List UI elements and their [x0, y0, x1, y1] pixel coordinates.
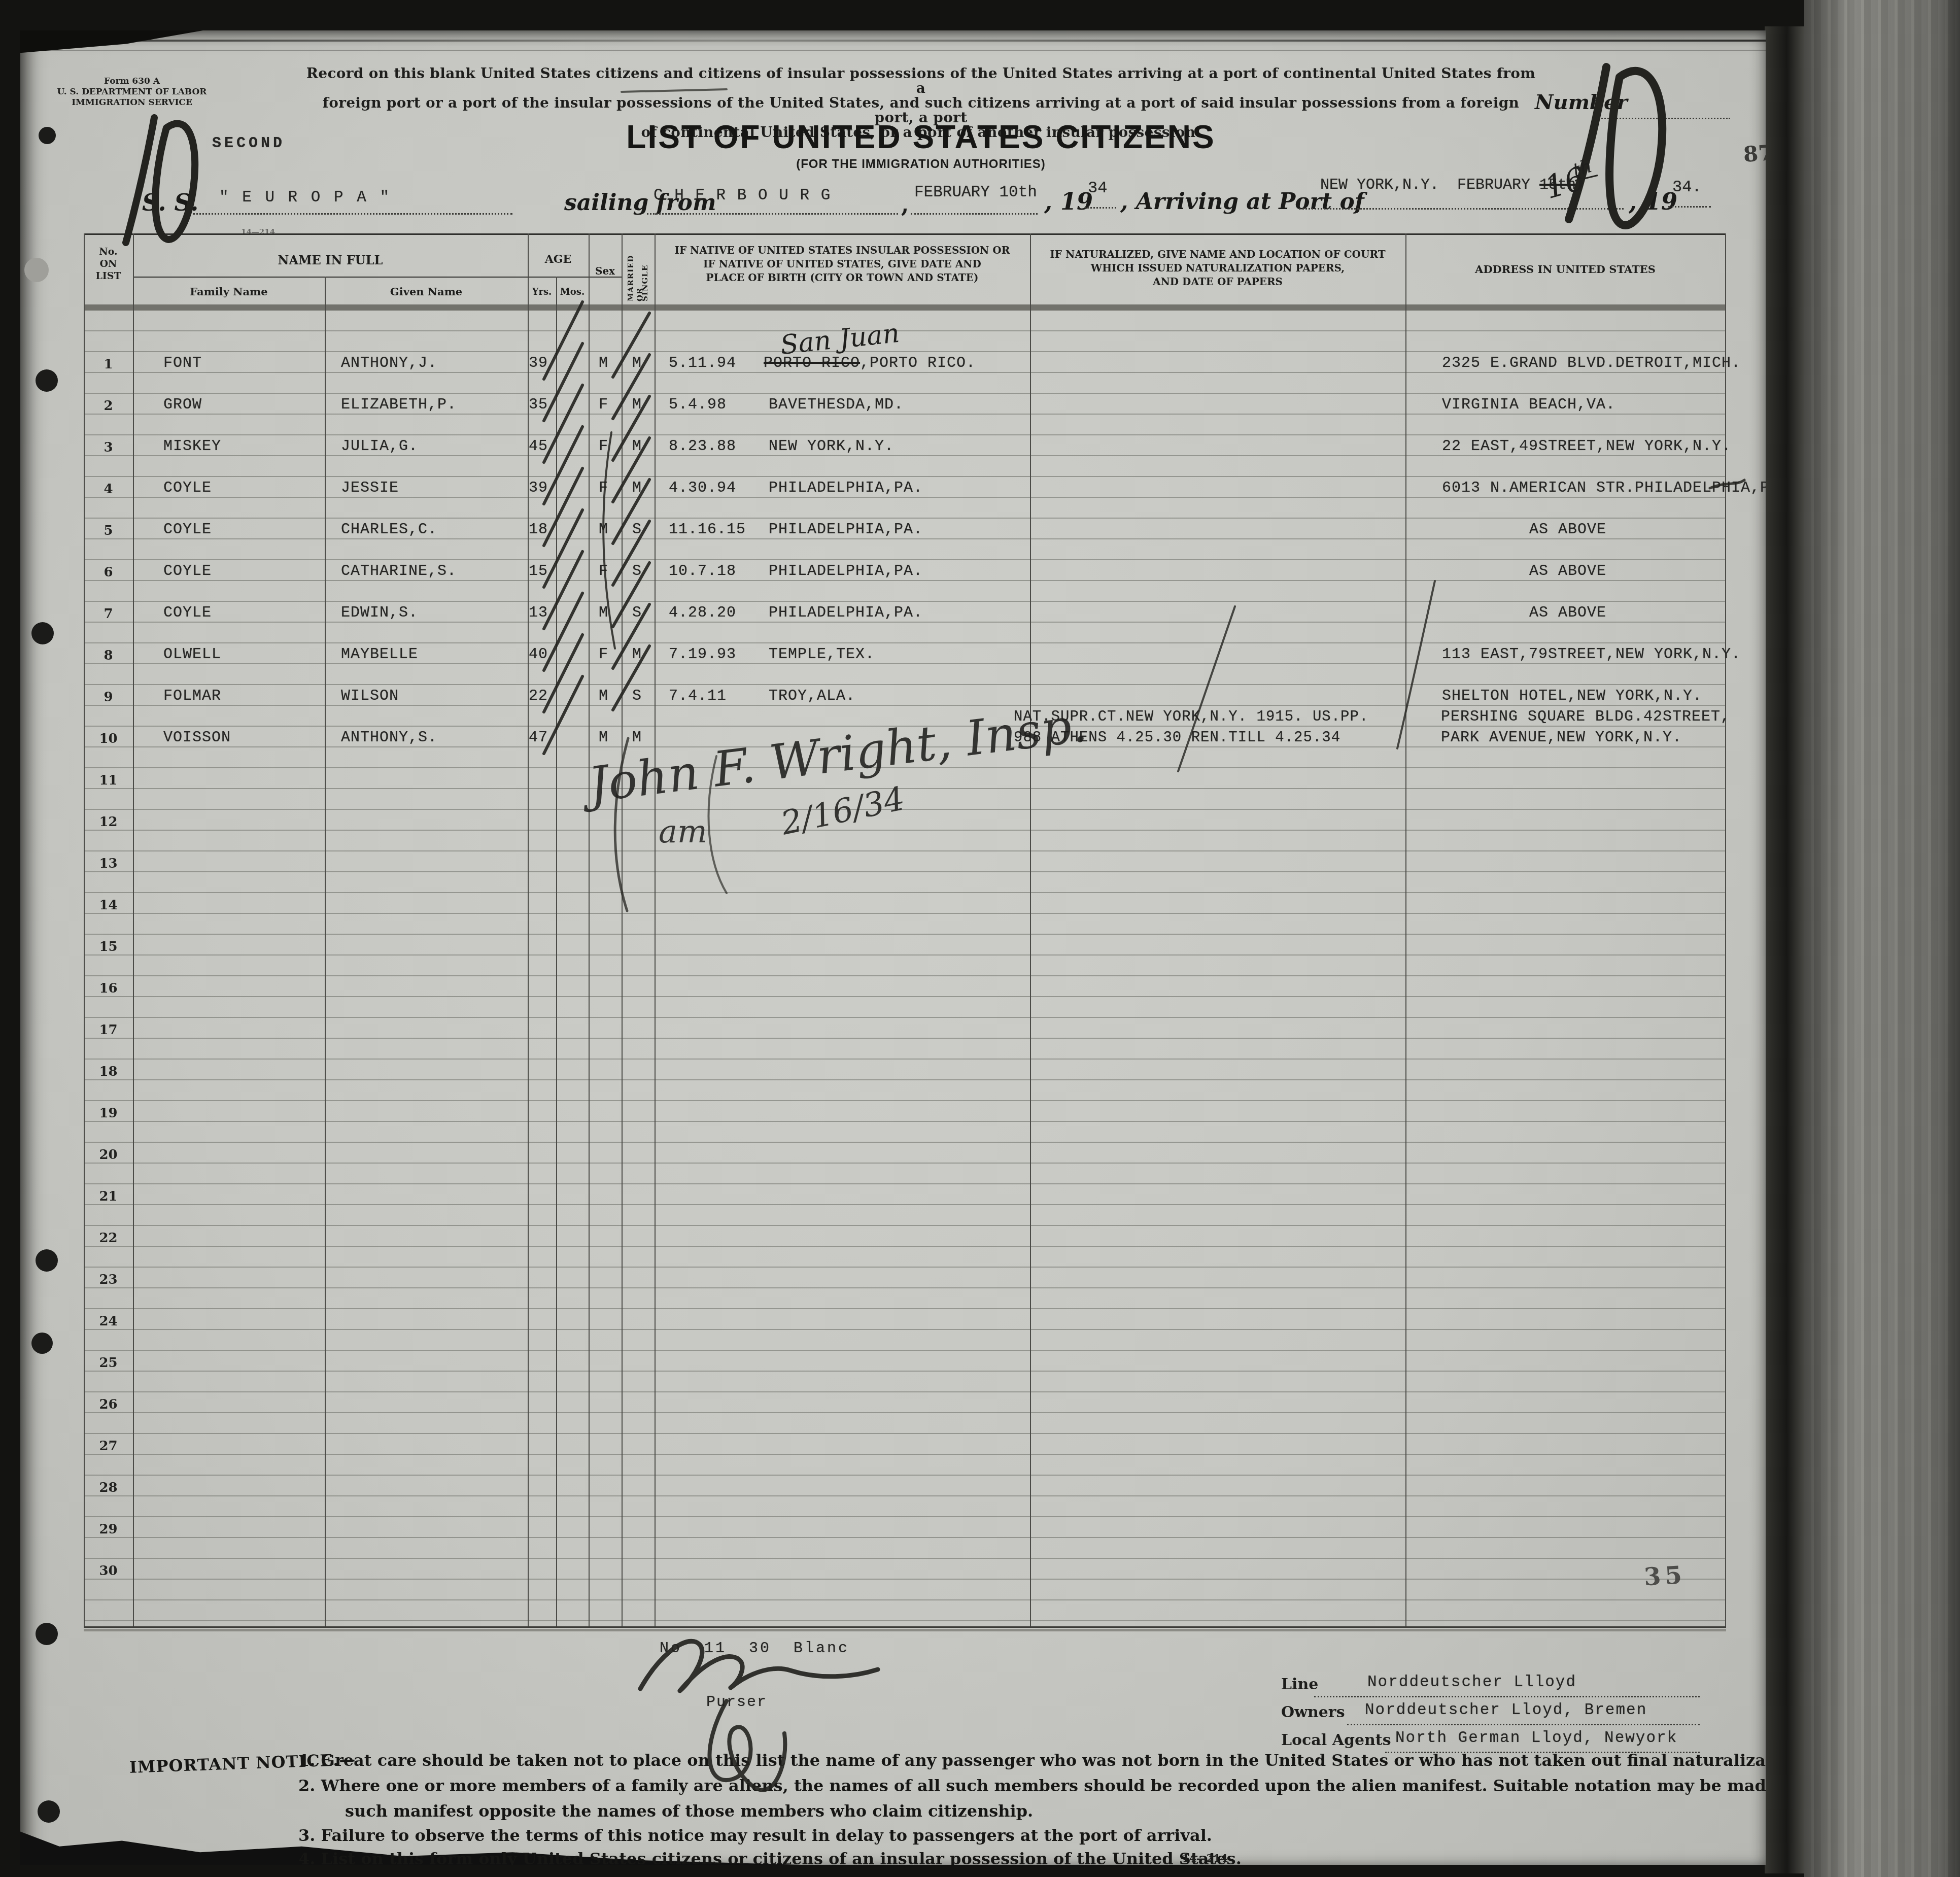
owners-label: Owners: [1281, 1703, 1345, 1721]
col-header-line: IF NATIVE OF UNITED STATES INSULAR POSSE…: [655, 244, 1030, 257]
col-header-line: AND DATE OF PAPERS: [1030, 275, 1405, 289]
address: AS ABOVE: [1405, 604, 1730, 622]
row-number: 12: [84, 814, 133, 830]
col-header-address: ADDRESS IN UNITED STATES: [1405, 263, 1725, 276]
row-number: 4: [84, 482, 133, 497]
notice-item-1: 1. Great care should be taken not to pla…: [298, 1751, 1766, 1770]
family-name: MISKEY: [163, 438, 221, 455]
age-years: 39: [529, 355, 548, 372]
address: 113 EAST,79STREET,NEW YORK,N.Y.: [1442, 646, 1741, 663]
age-years: 18: [529, 521, 548, 538]
age-years: 15: [529, 563, 548, 580]
arrival-year-19-printed: , 19: [1629, 188, 1677, 215]
col-header-single: SINGLE: [640, 240, 649, 301]
printed-comma: ,: [901, 192, 909, 218]
marital-status: M: [632, 646, 642, 663]
col-divider: [622, 233, 623, 1626]
row-number: 7: [84, 606, 133, 622]
birth-place: PHILADELPHIA,PA.: [769, 480, 923, 497]
row-number: 21: [84, 1189, 133, 1204]
purser-label: Purser: [706, 1694, 767, 1711]
col-header-yrs: Yrs.: [528, 287, 556, 297]
row-number: 30: [84, 1563, 133, 1579]
col-header-sex: Sex: [589, 265, 622, 277]
birth-date: 5.11.94: [669, 355, 736, 372]
given-name: EDWIN,S.: [341, 604, 418, 622]
marital-status: M: [632, 480, 642, 497]
given-name: JULIA,G.: [341, 438, 418, 455]
departure-year-blank: [1085, 207, 1116, 209]
age-years: 39: [529, 480, 548, 497]
row-number: 13: [84, 856, 133, 871]
given-name: WILSON: [341, 688, 399, 705]
col-header-age: AGE: [528, 253, 589, 266]
row-number: 16: [84, 981, 133, 996]
book-gutter-shadow: [1765, 26, 1805, 1873]
col-header-line: WHICH ISSUED NATURALIZATION PAPERS,: [1030, 261, 1405, 275]
col-header-no: No. ON LIST: [84, 246, 133, 282]
agents-label: Local Agents: [1281, 1731, 1391, 1749]
sex: F: [599, 563, 608, 580]
agents-value: North German Lloyd, Newyork: [1395, 1729, 1677, 1747]
marital-status: S: [632, 521, 642, 538]
line-value: Norddeutscher Llloyd: [1367, 1674, 1576, 1691]
col-header-line: LIST: [84, 270, 133, 282]
line-label: Line: [1281, 1676, 1318, 1693]
ss-label: S. S.: [142, 189, 198, 216]
row-number: 17: [84, 1022, 133, 1038]
birth-place: PHILADELPHIA,PA.: [769, 521, 923, 538]
col-divider: [325, 277, 326, 1626]
departure-year: 34: [1088, 179, 1107, 197]
edge-shading: [1804, 0, 1960, 1877]
family-name: VOISSON: [163, 729, 231, 746]
row-number: 10: [84, 731, 133, 746]
row-number: 26: [84, 1397, 133, 1412]
class-annotation: SECOND: [212, 135, 285, 152]
number-blank-line: [1596, 118, 1730, 119]
scan-smear: [20, 40, 1766, 42]
birth-date: 11.16.15: [669, 521, 746, 538]
birth-place: PHILADELPHIA,PA.: [769, 604, 923, 622]
given-name: CATHARINE,S.: [341, 563, 457, 580]
address: AS ABOVE: [1405, 563, 1730, 580]
marital-status: S: [632, 563, 642, 580]
row-number: 19: [84, 1106, 133, 1121]
birth-place-text: ,PORTO RICO.: [860, 355, 976, 372]
notice-item-2: 2. Where one or more members of a family…: [298, 1776, 1766, 1795]
row-number: 18: [84, 1064, 133, 1079]
given-name: ANTHONY,J.: [341, 355, 437, 372]
sex: F: [599, 646, 608, 663]
col-header-mos: Mos.: [556, 287, 589, 297]
col-header-given-name: Given Name: [325, 285, 528, 298]
owners-blank: [1347, 1724, 1700, 1725]
birth-place: PORTO RICO,PORTO RICO.: [764, 355, 976, 372]
punch-hole: [36, 1623, 58, 1645]
department-name: U. S. DEPARTMENT OF LABOR: [51, 87, 213, 97]
row-number: 20: [84, 1147, 133, 1163]
page-stamp-87: 87: [1742, 140, 1766, 167]
birth-date: 7.19.93: [669, 646, 736, 663]
row-number: 27: [84, 1439, 133, 1454]
age-years: 13: [529, 604, 548, 622]
handwritten-page-number-left: [126, 118, 195, 243]
address: AS ABOVE: [1405, 521, 1730, 538]
row-number: 28: [84, 1480, 133, 1495]
row-number: 22: [84, 1231, 133, 1246]
punch-hole: [36, 1249, 58, 1272]
table-bottom-shadow: [84, 1629, 1726, 1631]
family-name: OLWELL: [163, 646, 221, 663]
address: VIRGINIA BEACH,VA.: [1442, 396, 1615, 414]
sex: F: [599, 480, 608, 497]
family-name: COYLE: [163, 563, 212, 580]
marital-status: M: [632, 396, 642, 414]
marital-status: M: [632, 729, 642, 746]
table-bottom-border: [84, 1626, 1726, 1628]
row-number: 8: [84, 648, 133, 663]
departure-date: FEBRUARY 10th: [914, 184, 1037, 201]
col-header-line: No.: [84, 246, 133, 258]
departure-port-blank: [647, 213, 898, 215]
scan-smear: [20, 50, 1766, 51]
col-header-line: ON: [84, 258, 133, 270]
row-number: 24: [84, 1314, 133, 1329]
col-divider: [1405, 233, 1406, 1626]
birth-date: 8.23.88: [669, 438, 736, 455]
birth-date: 10.7.18: [669, 563, 736, 580]
row-number: 29: [84, 1522, 133, 1537]
given-name: ANTHONY,S.: [341, 729, 437, 746]
family-name: COYLE: [163, 604, 212, 622]
age-years: 22: [529, 688, 548, 705]
form-number: Form 630 A: [51, 76, 213, 87]
age-years: 40: [529, 646, 548, 663]
birth-place: PHILADELPHIA,PA.: [769, 563, 923, 580]
torn-corner: [20, 30, 203, 55]
struck-birth-place: PORTO RICO: [764, 355, 860, 372]
plate-code-top: 14—214: [241, 227, 275, 236]
notice-item-2-cont: such manifest opposite the names of thos…: [345, 1801, 1033, 1821]
sex: M: [599, 729, 608, 746]
row-number: 23: [84, 1272, 133, 1287]
col-header-line: IF NATIVE OF UNITED STATES, GIVE DATE AN…: [655, 257, 1030, 271]
birth-date: 7.4.11: [669, 688, 727, 705]
age-years: 45: [529, 438, 548, 455]
row-number: 11: [84, 773, 133, 788]
col-header-line: IF NATURALIZED, GIVE NAME AND LOCATION O…: [1030, 248, 1405, 261]
row-number: 6: [84, 565, 133, 580]
family-name: FONT: [163, 355, 202, 372]
col-divider: [1030, 233, 1031, 1626]
arrival-port-date: NEW YORK,N.Y. FEBRUARY 15th: [1320, 177, 1576, 194]
marital-status: S: [632, 688, 642, 705]
age-years: 35: [529, 396, 548, 414]
age-years: 47: [529, 729, 548, 746]
scanned-manifest-page: { "form": { "form_code_lines": ["Form 63…: [0, 0, 1960, 1877]
marital-status: S: [632, 604, 642, 622]
struck-arrival-day: 15th: [1539, 177, 1576, 194]
col-header-line: PLACE OF BIRTH (CITY OR TOWN AND STATE): [655, 271, 1030, 285]
family-name: COYLE: [163, 521, 212, 538]
form-code-block: Form 630 A U. S. DEPARTMENT OF LABOR IMM…: [51, 76, 213, 108]
number-label: Number: [1535, 90, 1627, 114]
address: 6013 N.AMERICAN STR.PHILADELPHIA,PA: [1442, 480, 1766, 497]
header-sub-rule: [133, 277, 622, 278]
page-subtitle: (FOR THE IMMIGRATION AUTHORITIES): [566, 157, 1276, 172]
instruction-line: Record on this blank United States citiz…: [304, 66, 1537, 95]
sex: F: [599, 396, 608, 414]
sex: F: [599, 438, 608, 455]
punch-hole: [39, 127, 56, 144]
paper-blemish: [24, 258, 49, 282]
col-header-naturalized: IF NATURALIZED, GIVE NAME AND LOCATION O…: [1030, 248, 1405, 289]
col-divider: [589, 233, 590, 1626]
col-divider: [556, 277, 557, 1626]
row-number: 5: [84, 523, 133, 538]
service-name: IMMIGRATION SERVICE: [51, 97, 213, 108]
col-divider: [133, 233, 134, 1626]
manifest-paper: Form 630 A U. S. DEPARTMENT OF LABOR IMM…: [20, 30, 1766, 1865]
departure-date-blank: [911, 213, 1038, 215]
given-name: JESSIE: [341, 480, 399, 497]
birth-place: TROY,ALA.: [769, 688, 855, 705]
notice-item-3: 3. Failure to observe the terms of this …: [298, 1826, 1212, 1845]
year-19-printed: , 19: [1044, 188, 1093, 215]
address: 2325 E.GRAND BLVD.DETROIT,MICH.: [1442, 355, 1741, 372]
punch-hole: [31, 1333, 53, 1354]
departure-port: C H E R B O U R G: [654, 187, 831, 204]
family-name: GROW: [163, 396, 202, 414]
col-header-name-in-full: NAME IN FULL: [133, 253, 528, 267]
page-stamp-35: 35: [1643, 1561, 1687, 1591]
given-name: CHARLES,C.: [341, 521, 437, 538]
table-top-border: [84, 233, 1726, 235]
given-name: MAYBELLE: [341, 646, 418, 663]
row-number: 2: [84, 398, 133, 414]
row-number: 9: [84, 690, 133, 705]
naturalization-line-2: 988 ATHENS 4.25.30 REN.TILL 4.25.34: [1014, 729, 1340, 746]
ship-name: " E U R O P A ": [219, 189, 391, 207]
address-line-2: PARK AVENUE,NEW YORK,N.Y.: [1441, 729, 1682, 746]
ship-name-blank: [193, 213, 512, 215]
sex: M: [599, 355, 608, 372]
line-blank: [1314, 1696, 1700, 1697]
arrival-blank: [1299, 208, 1624, 210]
birth-place: NEW YORK,N.Y.: [769, 438, 894, 455]
sex: M: [599, 521, 608, 538]
address: 22 EAST,49STREET,NEW YORK,N.Y.: [1442, 438, 1731, 455]
family-name: COYLE: [163, 480, 212, 497]
naturalization-line-1: NAT.SUPR.CT.NEW YORK,N.Y. 1915. US.PP.: [1014, 708, 1368, 725]
plate-code: 14—214: [1182, 1852, 1228, 1864]
marital-status: M: [632, 355, 642, 372]
row-number: 25: [84, 1355, 133, 1371]
ruled-lines: [85, 311, 1725, 1626]
page-title: LIST OF UNITED STATES CITIZENS: [566, 118, 1276, 156]
blanc-note: No 11 30 Blanc: [660, 1640, 849, 1657]
address: SHELTON HOTEL,NEW YORK,N.Y.: [1442, 688, 1702, 705]
given-name: ELIZABETH,P.: [341, 396, 457, 414]
sex: M: [599, 604, 608, 622]
sex: M: [599, 688, 608, 705]
row-number: 1: [84, 357, 133, 372]
punch-hole: [38, 1800, 60, 1823]
family-name: FOLMAR: [163, 688, 221, 705]
col-divider: [655, 233, 656, 1626]
birth-date: 5.4.98: [669, 396, 727, 414]
arrival-year-blank: [1668, 206, 1711, 208]
birth-place: TEMPLE,TEX.: [769, 646, 875, 663]
row-number: 14: [84, 898, 133, 913]
punch-hole: [31, 622, 54, 644]
punch-hole: [36, 369, 58, 392]
address-line-1: PERSHING SQUARE BLDG.42STREET,: [1441, 708, 1730, 726]
marital-status: M: [632, 438, 642, 455]
notice-item-4: 4. List on this form only United States …: [298, 1849, 1242, 1865]
arrival-port: NEW YORK,N.Y. FEBRUARY: [1320, 177, 1539, 194]
col-header-family-name: Family Name: [133, 285, 325, 298]
birth-date: 4.28.20: [669, 604, 736, 622]
row-number: 15: [84, 939, 133, 954]
col-header-birth: IF NATIVE OF UNITED STATES INSULAR POSSE…: [655, 244, 1030, 285]
owners-value: Norddeutscher Lloyd, Bremen: [1365, 1701, 1647, 1719]
row-number: 3: [84, 440, 133, 455]
birth-place: BAVETHESDA,MD.: [769, 396, 904, 414]
header-separator-band: [84, 304, 1726, 311]
birth-date: 4.30.94: [669, 480, 736, 497]
arrival-year: 34.: [1672, 178, 1702, 196]
